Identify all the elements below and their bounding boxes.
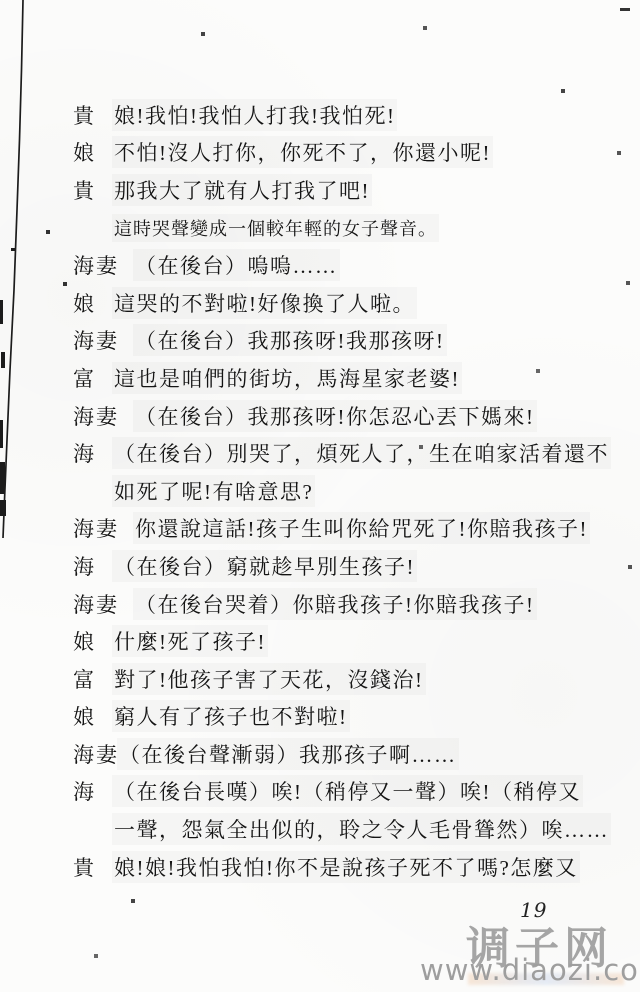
script-line: 貴 娘!娘!我怕我怕!你不是說孩子死不了嗎?怎麼又 xyxy=(0,848,640,886)
script-line: 海妻 （在後台哭着）你賠我孩子!你賠我孩子! xyxy=(0,585,640,623)
line-text: 娘!我怕!我怕人打我!我怕死! xyxy=(112,99,397,131)
script-line: 海妻 （在後台聲漸弱）我那孩子啊…… xyxy=(0,735,640,773)
script-line: 富 這也是咱們的街坊，馬海星家老婆! xyxy=(0,359,640,397)
speaker-label: 娘 xyxy=(73,626,112,656)
scanned-page: 貴 娘!我怕!我怕人打我!我怕死! 娘 不怕!沒人打你，你死不了，你還小呢! 貴… xyxy=(0,0,640,992)
speaker-label: 海妻 xyxy=(73,250,133,280)
speaker-label: 海妻 xyxy=(73,325,133,355)
line-text: 什麼!死了孩子! xyxy=(112,625,268,657)
watermark-site-url: www.diaozi.com xyxy=(420,953,640,987)
script-line: 海妻 你還說這話!孩子生叫你給咒死了!你賠我孩子! xyxy=(0,510,640,548)
speaker-label: 富 xyxy=(73,664,112,694)
speaker-label: 娘 xyxy=(73,288,112,318)
line-text: 窮人有了孩子也不對啦! xyxy=(112,700,350,732)
line-text: （在後台）我那孩呀!我那孩呀! xyxy=(133,324,447,356)
line-text: （在後台）窮就趁早別生孩子! xyxy=(112,550,417,582)
line-text: （在後台）嗚嗚…… xyxy=(133,249,340,281)
speaker-label: 海妻 xyxy=(73,589,133,619)
line-text: 對了!他孩子害了天花，沒錢治! xyxy=(112,663,426,695)
line-text: 不怕!沒人打你，你死不了，你還小呢! xyxy=(112,136,493,168)
script-line: 貴 那我大了就有人打我了吧! xyxy=(0,171,640,209)
script-line: 海 （在後台長嘆）唉!（稍停又一聲）唉!（稍停又 xyxy=(0,773,640,811)
speaker-label: 海 xyxy=(73,776,112,806)
line-text: （在後台聲漸弱）我那孩子啊…… xyxy=(117,738,459,770)
speaker-label: 貴 xyxy=(73,100,112,130)
line-text: 娘!娘!我怕我怕!你不是說孩子死不了嗎?怎麼又 xyxy=(112,851,580,883)
speaker-label: 海 xyxy=(73,438,112,468)
line-text: （在後台）別哭了，煩死人了，生在咱家活着還不 xyxy=(112,437,611,469)
script-line: 貴 娘!我怕!我怕人打我!我怕死! xyxy=(0,96,640,134)
script-text-block: 貴 娘!我怕!我怕人打我!我怕死! 娘 不怕!沒人打你，你死不了，你還小呢! 貴… xyxy=(0,96,640,885)
script-line: 娘 不怕!沒人打你，你死不了，你還小呢! xyxy=(0,134,640,172)
speaker-label: 娘 xyxy=(73,701,112,731)
script-line: 富 對了!他孩子害了天花，沒錢治! xyxy=(0,660,640,698)
script-line: 娘 窮人有了孩子也不對啦! xyxy=(0,698,640,736)
script-line: 海 （在後台）窮就趁早別生孩子! xyxy=(0,547,640,585)
line-text: （在後台）我那孩呀!你怎忍心丟下媽來! xyxy=(133,400,537,432)
line-text: （在後台哭着）你賠我孩子!你賠我孩子! xyxy=(133,588,537,620)
script-line-continuation: 如死了呢!有啥意思? xyxy=(0,472,640,510)
line-text: 如死了呢!有啥意思? xyxy=(112,475,315,507)
line-text: 這時哭聲變成一個較年輕的女子聲音。 xyxy=(112,214,439,242)
line-text: 你還說這話!孩子生叫你給咒死了!你賠我孩子! xyxy=(133,512,590,544)
speaker-label: 海妻 xyxy=(73,513,133,543)
speaker-label: 海 xyxy=(73,551,112,581)
stage-direction: 這時哭聲變成一個較年輕的女子聲音。 xyxy=(0,209,640,247)
script-line: 海妻 （在後台）我那孩呀!我那孩呀! xyxy=(0,322,640,360)
script-line: 海 （在後台）別哭了，煩死人了，生在咱家活着還不 xyxy=(0,434,640,472)
script-line: 娘 什麼!死了孩子! xyxy=(0,622,640,660)
line-text: （在後台長嘆）唉!（稍停又一聲）唉!（稍停又 xyxy=(112,775,583,807)
line-text: 一聲，怨氣全出似的，聆之令人毛骨聳然）唉…… xyxy=(112,813,611,845)
ink-dash xyxy=(620,8,630,11)
line-text: 那我大了就有人打我了吧! xyxy=(112,174,372,206)
speaker-label: 貴 xyxy=(73,175,112,205)
speaker-label: 貴 xyxy=(73,852,112,882)
speaker-label: 富 xyxy=(73,363,112,393)
speaker-label: 海妻 xyxy=(73,739,117,769)
line-text: 這也是咱們的街坊，馬海星家老婆! xyxy=(112,362,462,394)
line-text: 這哭的不對啦!好像換了人啦。 xyxy=(112,287,417,319)
script-line: 娘 這哭的不對啦!好像換了人啦。 xyxy=(0,284,640,322)
ink-specks xyxy=(0,0,2,2)
speaker-label: 娘 xyxy=(73,137,112,167)
script-line: 海妻 （在後台）嗚嗚…… xyxy=(0,246,640,284)
script-line: 海妻 （在後台）我那孩呀!你怎忍心丟下媽來! xyxy=(0,397,640,435)
script-line-continuation: 一聲，怨氣全出似的，聆之令人毛骨聳然）唉…… xyxy=(0,810,640,848)
speaker-label: 海妻 xyxy=(73,401,133,431)
